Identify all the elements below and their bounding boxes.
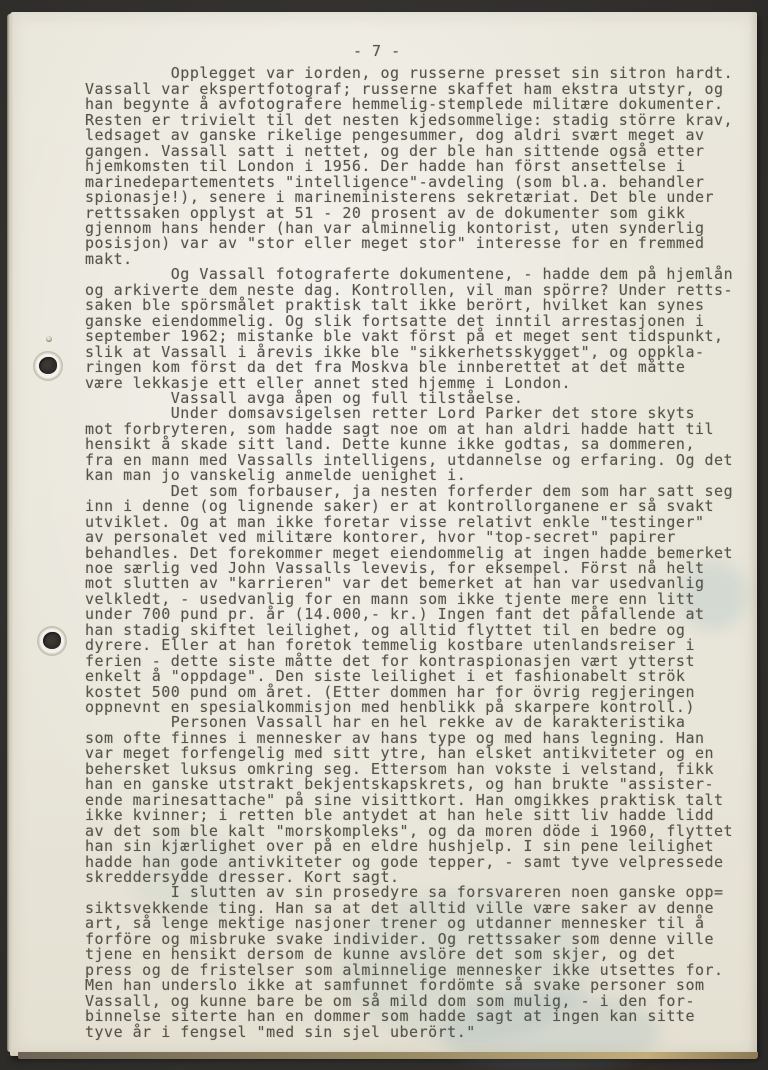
page-number: - 7 - [85,44,751,59]
paragraph: Opplegget var iorden, og russerne presse… [85,66,751,267]
paper-left-edge [7,14,13,1052]
punch-hole-top [33,351,63,381]
paragraph: Og Vassall fotograferte dokumentene, - h… [85,267,751,391]
paragraph: I slutten av sin prosedyre sa forsvarere… [85,885,751,1040]
paper-bottom-edge [18,1052,758,1059]
paper-speck [46,336,52,342]
paragraph: Under domsavsigelsen retter Lord Parker … [85,406,751,483]
scene-background: { "page": { "number_label": "- 7 -" }, "… [0,0,768,1070]
paragraph: Personen Vassall har en hel rekke av de … [85,715,751,885]
paragraph-list: Opplegget var iorden, og russerne presse… [85,66,751,1040]
punch-hole-bottom [37,626,67,656]
paragraph: Det som forbauser, ja nesten forferder d… [85,484,751,716]
document-body: - 7 - Opplegget var iorden, og russerne … [85,44,751,1040]
